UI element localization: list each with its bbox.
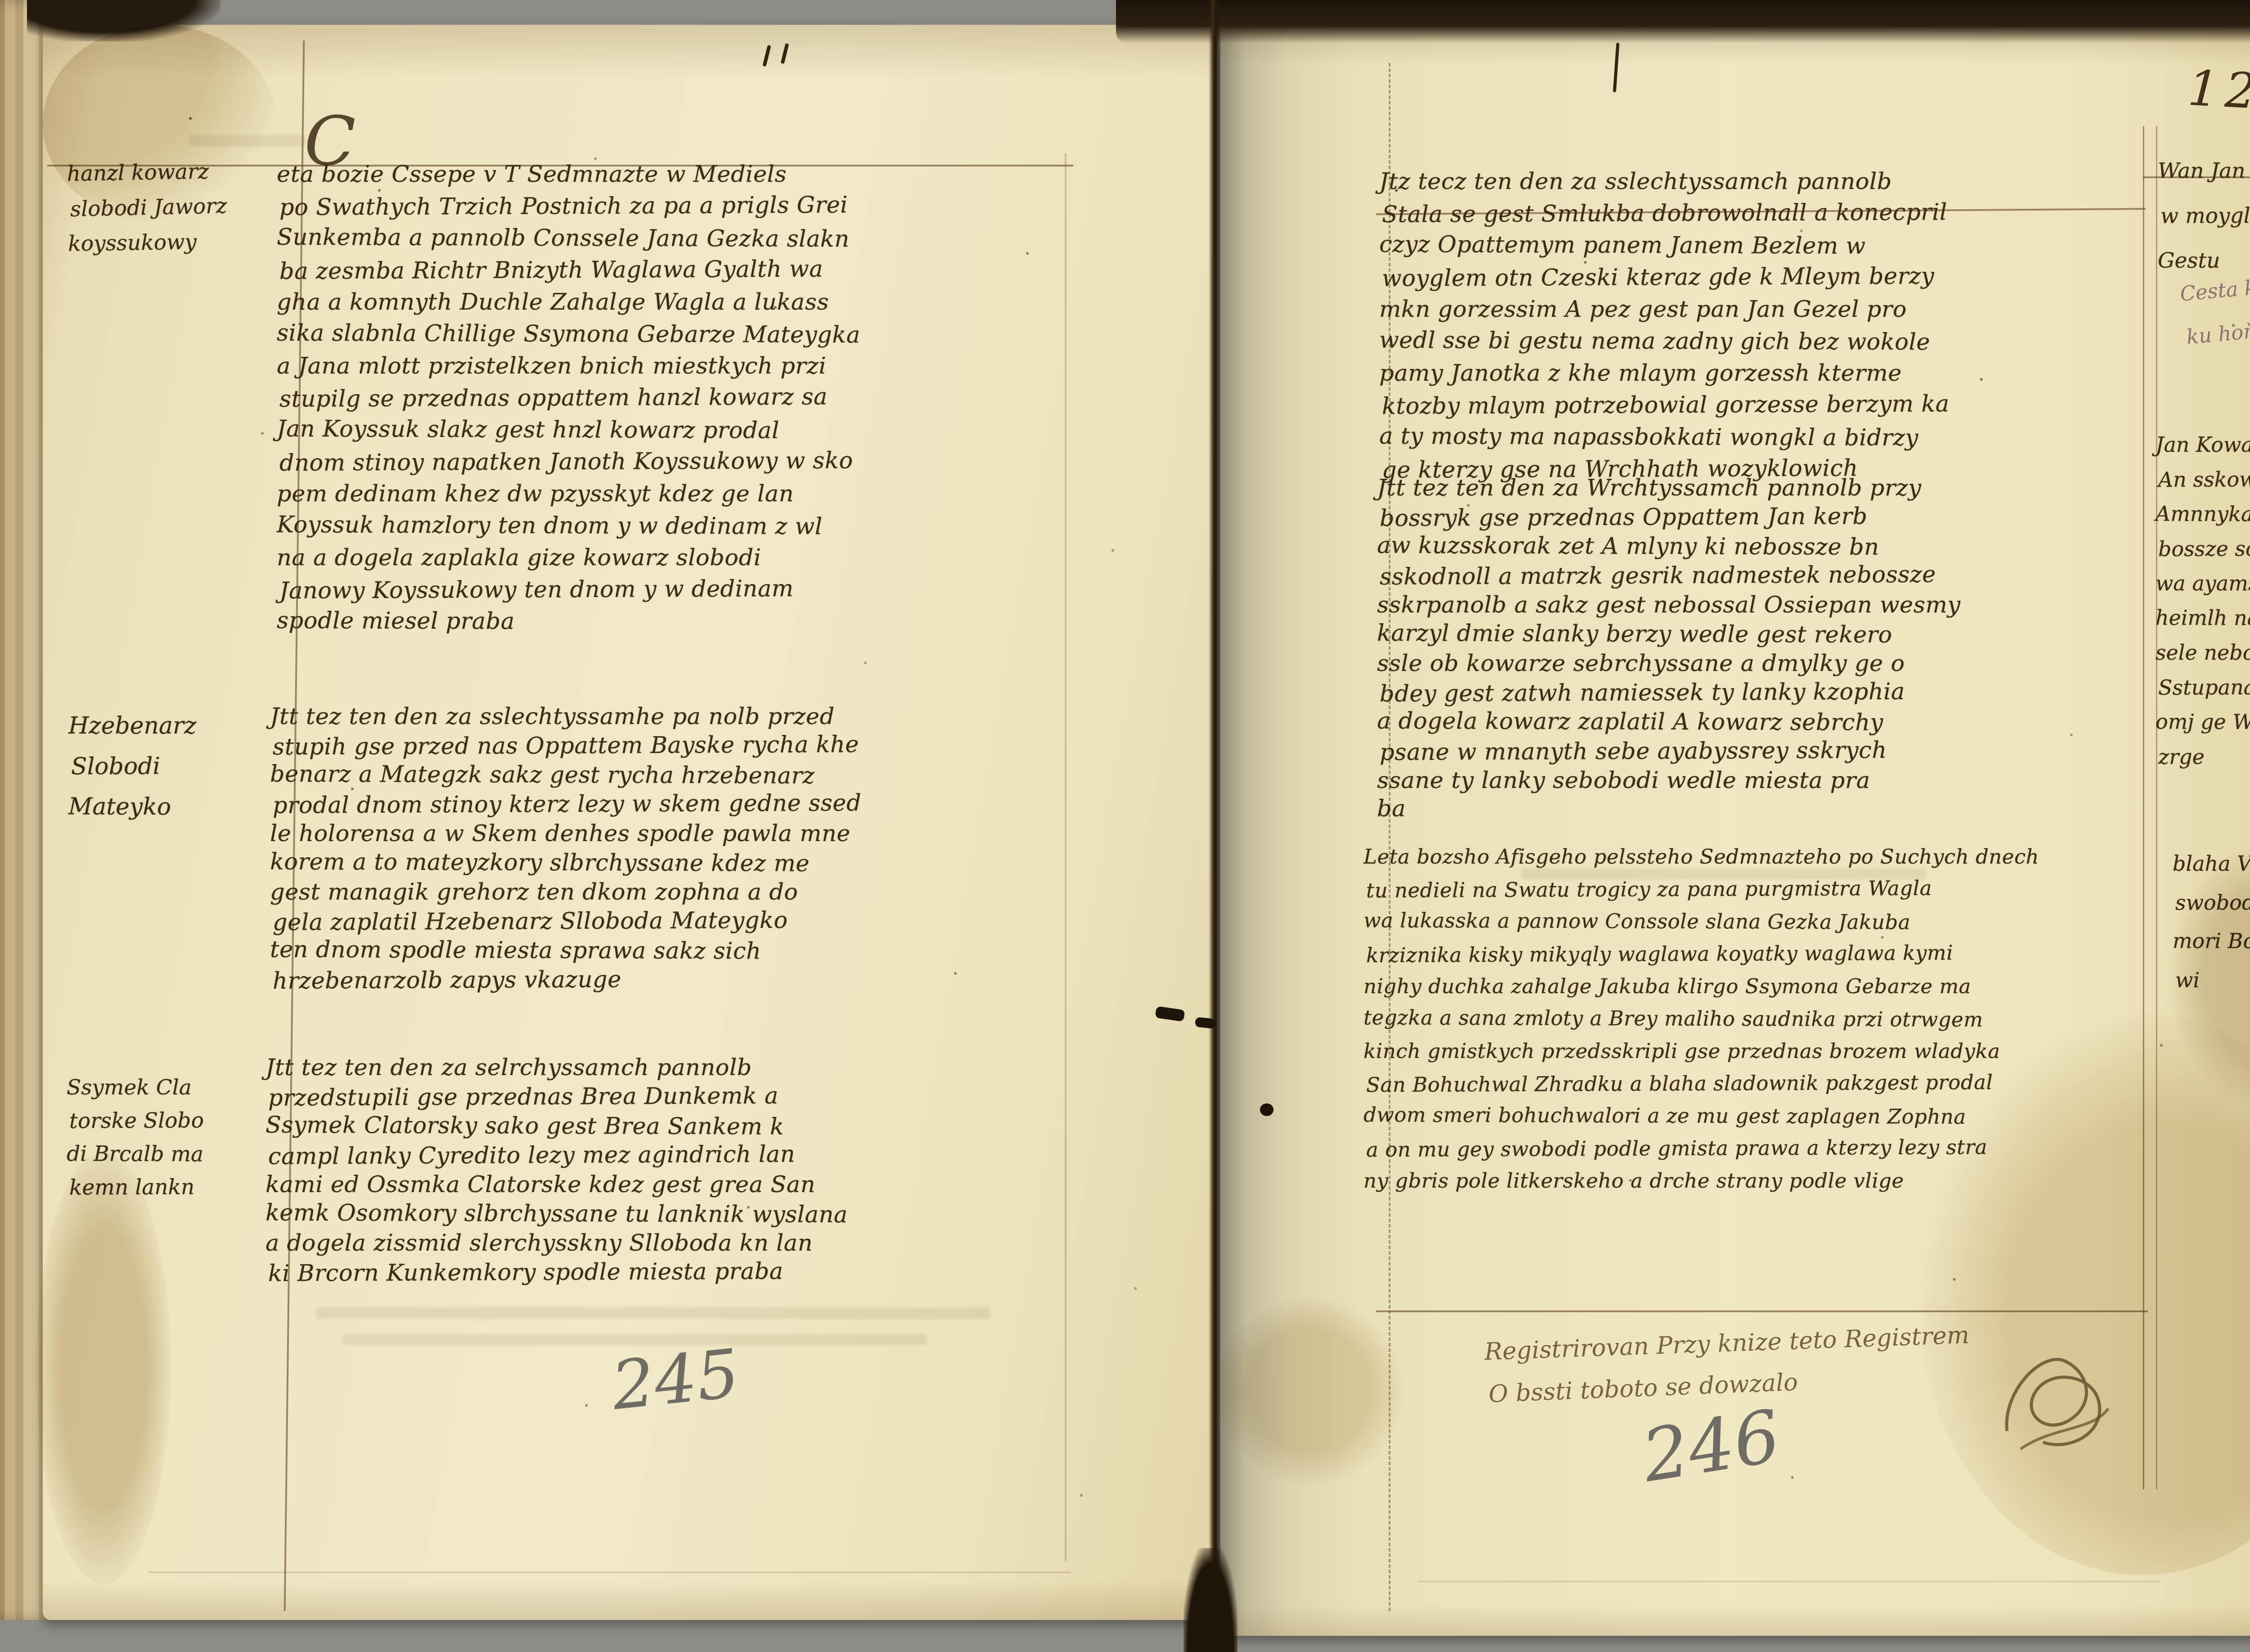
text-line: ssane ty lanky sebobodi wedle miesta pra — [1377, 766, 1961, 795]
text-line: kemk Osomkory slbrchyssane tu lanknik wy… — [265, 1198, 848, 1230]
text-line: wa ayamssd — [2155, 566, 2250, 601]
text-line: sika slabnla Chillige Ssymona Gebarze Ma… — [277, 317, 860, 351]
text-line: ktozby mlaym potrzebowial gorzesse berzy… — [1382, 388, 1949, 423]
right-margin-note-3: blaha Vladownikswobodi duom samori Bohuc… — [2173, 844, 2250, 999]
text-line: kemn lankn — [69, 1170, 206, 1204]
text-line: a ty mosty ma napassbokkati wongkl a bid… — [1379, 420, 1947, 454]
text-line: bdey gest zatwh namiessek ty lanky kzoph… — [1380, 677, 1963, 709]
text-line: Jtz tecz ten den za sslechtyssamch panno… — [1379, 166, 1947, 198]
text-line: benarz a Mategzk sakz gest rycha hrzeben… — [270, 760, 859, 791]
text-line: Jtt tez ten den za sslechtyssamhe pa nol… — [270, 702, 859, 731]
text-line: a dogela kowarz zaplatil A kowarz sebrch… — [1377, 707, 1961, 738]
text-line: psane w mnanyth sebe ayabyssrey sskrych — [1380, 735, 1963, 767]
binding-top-left-corner — [27, 0, 220, 41]
text-line: omj ge Wboko — [2155, 704, 2250, 739]
right-entry-2: Jtt tez ten den za Wrchtyssamch pannolb … — [1377, 473, 1961, 824]
left-entry-3: Jtt tez ten den za selrchyssamch pannolb… — [265, 1053, 848, 1287]
text-line: prodal dnom stinoy kterz lezy w skem ged… — [273, 788, 861, 820]
right-page-right-rule — [2143, 126, 2157, 1490]
paper-specks — [1395, 189, 1398, 192]
text-line: hanzl kowarz — [67, 154, 224, 192]
text-line: Hzebenarz — [68, 706, 196, 746]
right-entry-1: Jtz tecz ten den za sslechtyssamch panno… — [1379, 166, 1947, 485]
left-entry-2: Jtt tez ten den za sslechtyssamhe pa nol… — [270, 702, 859, 995]
text-line: An sskowe zet — [2158, 462, 2250, 497]
text-line: przedstupili gse przednas Brea Dunkemk a — [268, 1081, 850, 1113]
text-line: Mateyko — [68, 787, 197, 828]
left-entry-1: eta bozie Cssepe v T Sedmnazte w Mediels… — [277, 158, 860, 638]
text-line: swobodi duom sa — [2175, 882, 2250, 922]
text-line: Sunkemba a pannolb Conssele Jana Gezka s… — [277, 221, 860, 256]
right-entry-3: Leta bozsho Afisgeho pelssteho Sedmnazte… — [1363, 841, 2039, 1197]
text-line: pem dedinam khez dw pzysskyt kdez ge lan — [277, 478, 860, 510]
text-line: Ssymek Clatorsky sako gest Brea Sankem k — [265, 1111, 848, 1142]
paper-specks — [189, 117, 192, 120]
text-line: kinch gmistkych przedsskripli gse przedn… — [1363, 1035, 2039, 1067]
text-line: Wan Jan Gezel — [2158, 149, 2250, 194]
left-margin-note-1: hanzl kowarzslobodi Jaworzkoyssukowy — [67, 154, 225, 262]
left-page-right-rule — [1065, 153, 1066, 1562]
text-line: a Jana mlott przistelkzen bnich miestkyc… — [277, 350, 860, 382]
text-line: ba zesmba Richtr Bnizyth Waglawa Gyalth … — [279, 253, 863, 288]
text-line: karzyl dmie slanky berzy wedle gest reke… — [1377, 619, 1961, 650]
text-line: woyglem otn Czeski kteraz gde k Mleym be… — [1382, 260, 1949, 295]
text-line: slobodi Jaworz — [70, 189, 227, 227]
text-line: Jan Koyssuk slakz gest hnzl kowarz proda… — [277, 413, 860, 447]
text-line: Slobodi — [71, 746, 199, 787]
show-through — [342, 1334, 927, 1345]
notary-signature-mark — [1993, 1337, 2119, 1458]
text-line: dwom smeri bohuchwalori a ze mu gest zap… — [1363, 1098, 2039, 1133]
right-margin-note-2: Jan KowarzAn sskowe zetAmnnyka nebossze … — [2155, 428, 2250, 774]
text-line: gha a komnyth Duchle Zahalge Wagla a luk… — [277, 286, 860, 318]
text-line: Jtt tez ten den za selrchyssamch pannolb — [265, 1053, 848, 1082]
right-margin-pencil-note: Cesta ke Korečni.ku hořejšímu — [2178, 257, 2250, 359]
right-page-foot-rule — [1417, 1580, 2160, 1582]
text-line: gest managik grehorz ten dkom zophna a d… — [270, 878, 859, 907]
text-line: dnom stinoy napatken Janoth Koyssukowy w… — [279, 445, 863, 479]
text-line: le holorensa a w Skem denhes spodle pawl… — [270, 819, 859, 848]
text-line: stupih gse przed nas Oppattem Bayske ryc… — [273, 730, 861, 762]
left-page-number-pencil: 245 — [608, 1335, 743, 1425]
right-margin-note-1: Wan Jan Gezelw moyglem oGestu — [2158, 149, 2250, 284]
manuscript-scan: C hanzl kowarzslobodi Jaworzkoyssukowy H… — [0, 0, 2250, 1652]
registration-note: Registrirovan Przy knize teto RegistremO… — [1484, 1314, 1971, 1414]
left-margin-note-2: HzebenarzSlobodiMateyko — [68, 706, 196, 827]
text-line: ki Brcorn Kunkemkory spodle miesta praba — [268, 1256, 850, 1288]
text-line: a dogela zissmid slerchysskny Slloboda k… — [265, 1229, 848, 1258]
text-line: Stala se gest Smlukba dobrowolnall a kon… — [1382, 196, 1949, 231]
ink-blot — [1260, 1103, 1273, 1116]
right-page-bottom-rule — [1376, 1310, 2148, 1312]
text-line: blaha Vladownik — [2173, 844, 2250, 883]
text-line: eta bozie Cssepe v T Sedmnazte w Mediels — [277, 158, 860, 190]
text-line: po Swathych Trzich Postnich za pa a prig… — [279, 189, 863, 224]
text-line: Jan Kowarz — [2155, 428, 2250, 462]
text-line: Koyssuk hamzlory ten dnom y w dedinam z … — [277, 509, 860, 543]
text-line: wedl sse bi gestu nema zadny gich bez wo… — [1379, 324, 1947, 358]
text-line: di Brcalb ma — [67, 1137, 203, 1171]
gutter-bottom-shadow — [1183, 1548, 1237, 1652]
text-line: na a dogela zaplakla gize kowarz slobodi — [277, 542, 860, 574]
text-line: koyssukowy — [68, 225, 225, 262]
text-line: czyz Opattemym panem Janem Bezlem w — [1379, 229, 1947, 262]
text-line: krziznika kisky mikyqly waglawa koyatky … — [1366, 936, 2042, 972]
text-line: wa lukasska a pannow Conssole slana Gezk… — [1363, 904, 2039, 939]
text-line: sskodnoll a matrzk gesrik nadmestek nebo… — [1380, 560, 1963, 592]
gutter-crease — [1209, 0, 1220, 1652]
text-line: hrzebenarzolb zapys vkazuge — [273, 964, 861, 996]
show-through — [315, 1307, 990, 1319]
text-line: aw kuzsskorak zet A mlyny ki nebossze bn — [1377, 531, 1961, 563]
text-line: spodle miesel praba — [277, 605, 860, 639]
text-line: ssle ob kowarze sebrchyssane a dmylky ge… — [1377, 649, 1961, 678]
text-line: heimlh nam — [2155, 600, 2250, 635]
text-line: kami ed Ossmka Clatorske kdez gest grea … — [265, 1170, 848, 1199]
text-line: tegzka a sana zmloty a Brey maliho saudn… — [1363, 1001, 2039, 1036]
text-line: mkn gorzessim A pez gest pan Jan Gezel p… — [1379, 293, 1947, 325]
text-line: sele nebossze — [2155, 635, 2250, 670]
text-line: korem a to mateyzkory slbrchyssane kdez … — [270, 847, 859, 879]
binding-top-edge — [1116, 0, 2250, 43]
left-page-bottom-rule — [148, 1571, 1071, 1573]
text-line: a on mu gey swobodi podle gmista prawa a… — [1366, 1131, 2042, 1166]
text-line: stupilg se przednas oppattem hanzl kowar… — [279, 381, 863, 415]
text-line: nighy duchka zahalge Jakuba klirgo Ssymo… — [1363, 970, 2039, 1003]
text-line: zrge — [2158, 739, 2250, 774]
show-through — [189, 135, 306, 147]
text-line: Amnnyka ne — [2155, 496, 2250, 531]
text-line: ny gbris pole litkerskeho a drche strany… — [1363, 1165, 2039, 1197]
text-line: Jtt tez ten den za Wrchtyssamch pannolb … — [1377, 473, 1961, 503]
text-line: sskrpanolb a sakz gest nebossal Ossiepan… — [1377, 590, 1961, 620]
text-line: torske Slobo — [69, 1104, 206, 1138]
text-line: mori Bohuchwalo — [2173, 921, 2250, 960]
text-line: ten dnom spodle miesta sprawa sakz sich — [270, 935, 859, 967]
text-line: Ssymek Cla — [67, 1071, 203, 1104]
text-line: bossryk gse przednas Oppattem Jan kerb — [1380, 501, 1963, 533]
text-line: ba — [1377, 794, 1961, 826]
text-line: gela zaplatil Hzebenarz Slloboda Mateygk… — [273, 905, 861, 937]
text-line: w moyglem o — [2160, 193, 2250, 239]
left-margin-note-3: Ssymek Clatorske Slobodi Brcalb makemn l… — [67, 1071, 203, 1204]
text-line: Sstupana ddu — [2158, 670, 2250, 705]
show-through — [1521, 869, 1926, 879]
text-line: wi — [2175, 960, 2250, 999]
folio-number: 125 — [2187, 60, 2250, 122]
text-line: bossze sowssko — [2158, 531, 2250, 567]
text-line: pamy Janotka z khe mlaym gorzessh kterme — [1379, 357, 1947, 389]
text-line: Janowy Koyssukowy ten dnom y w dedinam — [279, 572, 863, 607]
text-line: campl lanky Cyredito lezy mez agindrich … — [268, 1139, 850, 1171]
text-line: San Bohuchwal Zhradku a blaha sladownik … — [1366, 1066, 2042, 1102]
